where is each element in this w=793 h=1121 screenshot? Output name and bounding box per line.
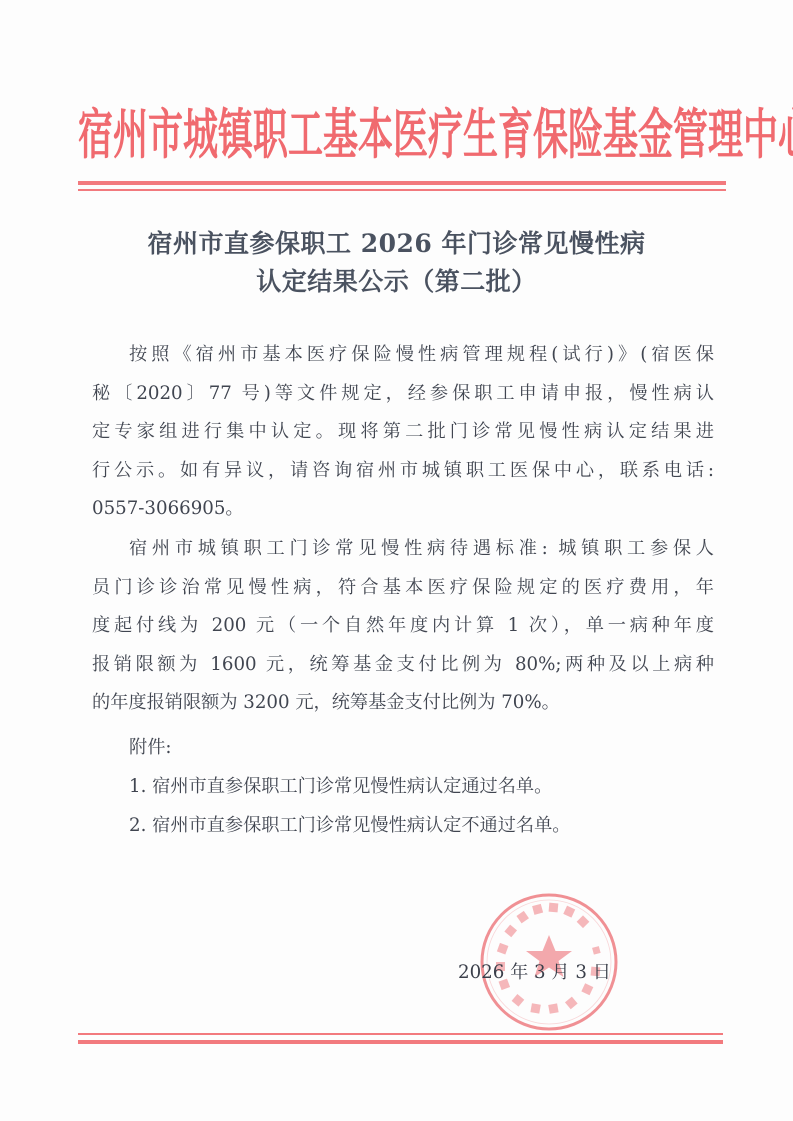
attachment-item-rejected-list: 2. 宿州市直参保职工门诊常见慢性病认定不通过名单。 bbox=[129, 811, 570, 837]
attachment-item-approved-list: 1. 宿州市直参保职工门诊常见慢性病认定通过名单。 bbox=[129, 772, 552, 798]
document-title-line-2: 认定结果公示（第二批） bbox=[80, 262, 713, 298]
footer-rule-thin bbox=[78, 1033, 723, 1035]
paragraph-line: 秘〔2020〕77 号)等文件规定，经参保职工申请申报，慢性病认 bbox=[92, 375, 714, 414]
paragraph-line: 报销限额为 1600 元，统筹基金支付比例为 80%;两种及以上病种 bbox=[92, 646, 714, 685]
paragraph-benefit-standard: 宿州市城镇职工门诊常见慢性病待遇标准: 城镇职工参保人 员门诊诊治常见慢性病，符… bbox=[92, 530, 714, 723]
letterhead-rule-thick bbox=[78, 181, 726, 185]
paragraph-line: 度起付线为 200 元（一个自然年度内计算 1 次），单一病种年度 bbox=[92, 607, 714, 646]
paragraph-line: 按照《宿州市基本医疗保险慢性病管理规程(试行)》(宿医保 bbox=[92, 336, 714, 375]
document-date: 2026 年 3 月 3 日 bbox=[458, 958, 611, 984]
paragraph-line: 行公示。如有异议，请咨询宿州市城镇职工医保中心，联系电话: bbox=[92, 452, 714, 491]
paragraph-line: 宿州市城镇职工门诊常见慢性病待遇标准: 城镇职工参保人 bbox=[92, 530, 714, 569]
letterhead-rule-thin bbox=[78, 189, 726, 191]
letterhead-org-name: 宿州市城镇职工基本医疗生育保险基金管理中心 bbox=[78, 80, 726, 192]
attachments-label: 附件: bbox=[129, 733, 172, 759]
paragraph-line: 的年度报销限额为 3200 元，统筹基金支付比例为 70%。 bbox=[92, 684, 714, 723]
footer-rule-thick bbox=[78, 1040, 723, 1044]
document-title-line-1: 宿州市直参保职工 2026 年门诊常见慢性病 bbox=[80, 224, 713, 260]
document-page: 宿州市城镇职工基本医疗生育保险基金管理中心 宿州市直参保职工 2026 年门诊常… bbox=[0, 0, 793, 1121]
paragraph-line: 员门诊诊治常见慢性病，符合基本医疗保险规定的医疗费用，年 bbox=[92, 569, 714, 608]
paragraph-line: 定专家组进行集中认定。现将第二批门诊常见慢性病认定结果进 bbox=[92, 413, 714, 452]
paragraph-line: 0557-3066905。 bbox=[92, 490, 714, 529]
paragraph-announcement: 按照《宿州市基本医疗保险慢性病管理规程(试行)》(宿医保 秘〔2020〕77 号… bbox=[92, 336, 714, 529]
